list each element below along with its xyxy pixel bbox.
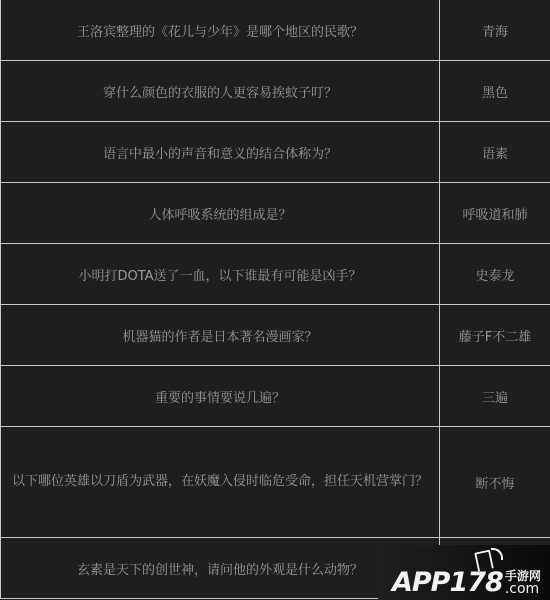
table-row: 以下哪位英雄以刀盾为武器，在妖魔入侵时临危受命，担任天机营掌门？ 断不悔 [1,427,550,538]
qa-table: 王洛宾整理的《花儿与少年》是哪个地区的民歌？ 青海 穿什么颜色的衣服的人更容易挨… [0,0,550,599]
answer-cell: 青海 [440,0,550,61]
answer-cell: 呼吸道和肺 [440,183,550,244]
watermark-suffix: 手游网 .com [505,570,541,596]
question-cell: 王洛宾整理的《花儿与少年》是哪个地区的民歌？ [1,0,440,61]
table-row: 重要的事情要说几遍？ 三遍 [1,366,550,427]
watermark-domain: .com [505,582,541,596]
answer-cell: 史泰龙 [440,244,550,305]
question-cell: 重要的事情要说几遍？ [1,366,440,427]
question-cell: 以下哪位英雄以刀盾为武器，在妖魔入侵时临危受命，担任天机营掌门？ [1,427,440,538]
question-cell: 穿什么颜色的衣服的人更容易挨蚊子叮？ [1,61,440,122]
question-cell: 语言中最小的声音和意义的结合体称为？ [1,122,440,183]
answer-cell: 语素 [440,122,550,183]
table-row: 王洛宾整理的《花儿与少年》是哪个地区的民歌？ 青海 [1,0,550,61]
watermark-brand: APP178 [392,569,503,596]
question-cell: 人体呼吸系统的组成是？ [1,183,440,244]
question-cell: 机器猫的作者是日本著名漫画家？ [1,305,440,366]
answer-cell: 三遍 [440,366,550,427]
watermark-logo: APP178 手游网 .com [378,545,550,600]
answer-cell: 黑色 [440,61,550,122]
answer-cell: 断不悔 [440,427,550,538]
table-row: 机器猫的作者是日本著名漫画家？ 藤子F不二雄 [1,305,550,366]
question-cell: 小明打DOTA送了一血，以下谁最有可能是凶手？ [1,244,440,305]
question-cell: 玄素是天下的创世神，请问他的外观是什么动物？ [1,538,440,599]
table-row: 小明打DOTA送了一血，以下谁最有可能是凶手？ 史泰龙 [1,244,550,305]
table-row: 语言中最小的声音和意义的结合体称为？ 语素 [1,122,550,183]
table-row: 穿什么颜色的衣服的人更容易挨蚊子叮？ 黑色 [1,61,550,122]
table-row: 人体呼吸系统的组成是？ 呼吸道和肺 [1,183,550,244]
signal-icon [491,548,503,560]
answer-cell: 藤子F不二雄 [440,305,550,366]
